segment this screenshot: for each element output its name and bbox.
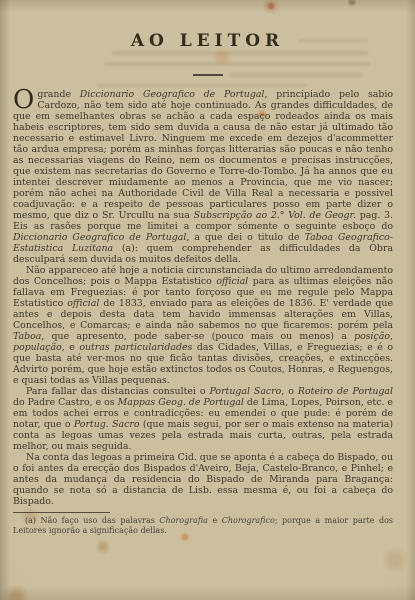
book-page: AO LEITOR Ogrande Diccionario Geografico… <box>0 0 415 600</box>
body-text: Ogrande Diccionario Geografico de Portug… <box>13 89 393 536</box>
text-run: Subscripção ao 2.° Vol. de Geogr. <box>194 210 356 221</box>
text-run: Para fallar das distancias consultei o <box>26 386 210 397</box>
paragraph: Na conta das legoas a primeira Cid. que … <box>13 452 393 507</box>
text-run: , o <box>281 386 298 397</box>
text-run: e <box>208 516 222 525</box>
text-run: Portugal Sacro <box>210 386 282 397</box>
text-run: outras particularidades <box>79 342 192 353</box>
show-through-ghost-text <box>97 84 307 87</box>
show-through-ghost-text <box>112 51 368 55</box>
text-run: , a que dei o titulo de <box>186 232 304 243</box>
text-run: Roteiro de Portugal <box>298 386 393 397</box>
show-through-ghost-text <box>230 73 362 77</box>
text-run: , que apresento, pode saber-se (pouco ma… <box>41 331 354 342</box>
text-run: official <box>67 298 99 309</box>
text-run: posição <box>354 331 390 342</box>
text-run: do Padre Castro, e os <box>13 397 118 408</box>
text-run: grande <box>37 89 79 100</box>
text-run: Portug. Sacro <box>74 419 140 430</box>
text-run: Chorografico <box>222 516 275 525</box>
text-run: população <box>13 342 62 353</box>
text-run: , e <box>62 342 80 353</box>
text-run: Taboa <box>13 331 41 342</box>
footnote-separator <box>13 512 110 513</box>
text-run: , <box>390 331 393 342</box>
footnote: (a) Não faço uso das palavras Chorografi… <box>13 516 393 536</box>
text-run: (a) Não faço uso das palavras <box>25 516 159 525</box>
text-run: Mappas Geog. de Portugal <box>118 397 244 408</box>
text-run: , principiado pelo sabio Cardozo, não te… <box>13 89 393 221</box>
text-run: Na conta das legoas a primeira Cid. que … <box>13 452 393 507</box>
page-title: AO LEITOR <box>0 31 415 51</box>
paragraph: Não appareceo até hoje a noticia circuns… <box>13 265 393 386</box>
text-run: official <box>216 276 248 287</box>
paragraph: Ogrande Diccionario Geografico de Portug… <box>13 89 393 265</box>
drop-cap: O <box>13 89 37 110</box>
text-run: Chorografia <box>159 516 208 525</box>
text-run: Diccionario Geografico de Portugal <box>80 89 265 100</box>
title-rule <box>193 74 223 76</box>
paragraph: Para fallar das distancias consultei o P… <box>13 386 393 452</box>
show-through-ghost-text <box>104 62 370 66</box>
text-run: Diccionario Geografico de Portugal <box>13 232 186 243</box>
